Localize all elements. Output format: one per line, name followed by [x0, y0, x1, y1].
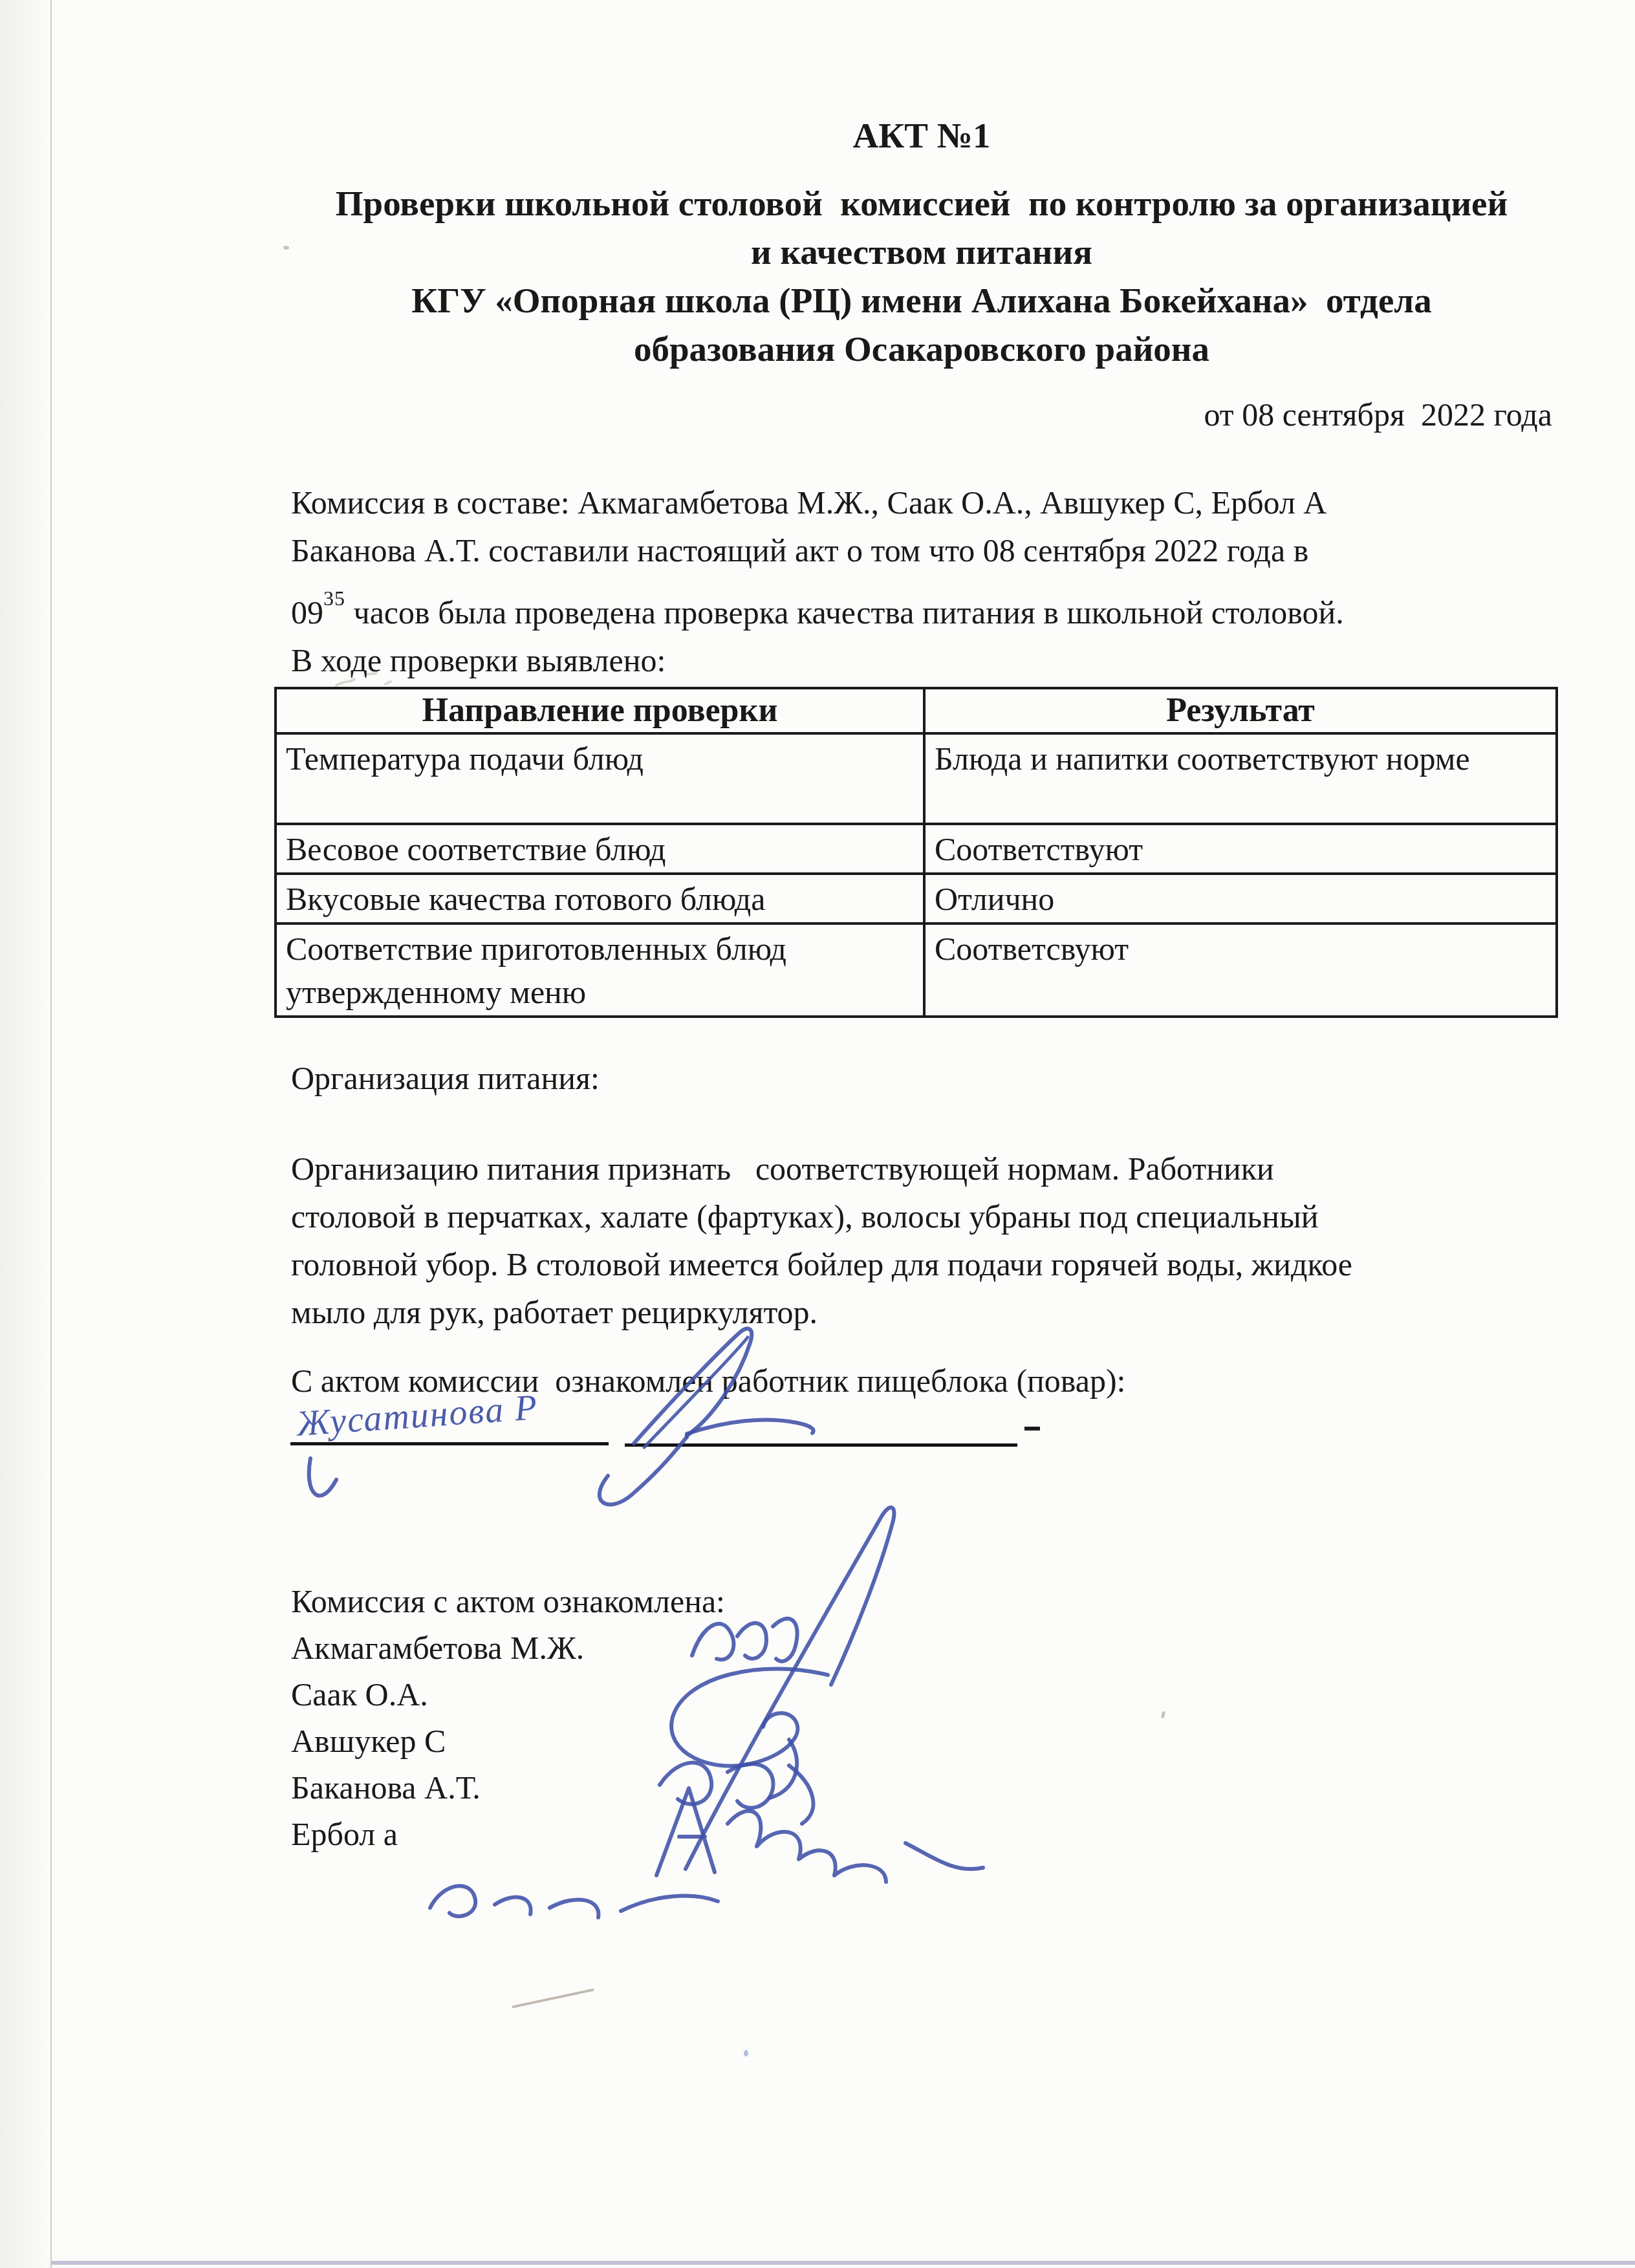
- scan-left-edge: [0, 0, 52, 2268]
- table-row: Вкусовые качества готового блюда Отлично: [276, 874, 1557, 923]
- org-line-2: столовой в перчатках, халате (фартуках),…: [291, 1193, 1352, 1240]
- org-line-1: Организацию питания признать соответству…: [291, 1145, 1352, 1193]
- inspection-table: Направление проверки Результат Температу…: [274, 687, 1558, 1018]
- cell-result: Соответствуют: [924, 824, 1557, 874]
- paper-speck: [1161, 1711, 1166, 1719]
- scan-bottom-edge: [52, 2261, 1635, 2265]
- paper-speck: [283, 246, 289, 250]
- cell-direction: Вкусовые качества готового блюда: [276, 874, 924, 923]
- ink-speck: [744, 2050, 748, 2057]
- title-line: и качеством питания: [291, 228, 1552, 276]
- time-hours: 09: [291, 594, 323, 631]
- intro-paragraph: Комиссия в составе: Акмагамбетова М.Ж., …: [291, 479, 1344, 684]
- inspection-table-container: Направление проверки Результат Температу…: [274, 687, 1558, 1018]
- table-row: Весовое соответствие блюд Соответствуют: [276, 824, 1557, 874]
- cell-result: Отлично: [924, 874, 1557, 923]
- intro-line-3-rest: часов была проведена проверка качества п…: [345, 594, 1344, 631]
- scanned-document-page: АКТ №1 Проверки школьной столовой комисс…: [0, 0, 1635, 2268]
- table-header-row: Направление проверки Результат: [276, 688, 1557, 733]
- pencil-mark: [512, 1989, 594, 2009]
- intro-line-3: 0935 часов была проведена проверка качес…: [291, 574, 1344, 636]
- document-title: АКТ №1 Проверки школьной столовой комисс…: [291, 111, 1552, 373]
- title-line: КГУ «Опорная школа (РЦ) имени Алихана Бо…: [291, 276, 1552, 325]
- intro-line-1: Комиссия в составе: Акмагамбетова М.Ж., …: [291, 479, 1344, 526]
- org-line-3: головной убор. В столовой имеется бойлер…: [291, 1240, 1352, 1288]
- cell-result: Соответсвуют: [924, 923, 1557, 1017]
- table-row: Температура подачи блюд Блюда и напитки …: [276, 733, 1557, 824]
- intro-line-2: Баканова А.Т. составили настоящий акт о …: [291, 526, 1344, 574]
- org-section-heading: Организация питания:: [291, 1059, 600, 1097]
- header-result: Результат: [924, 688, 1557, 733]
- intro-line-4: В ходе проверки выявлено:: [291, 636, 1344, 684]
- title-line-act-number: АКТ №1: [291, 111, 1552, 160]
- cell-direction: Соответствие приготовленных блюд утвержд…: [276, 923, 924, 1017]
- cell-result: Блюда и напитки соответствуют норме: [924, 733, 1557, 824]
- document-date: от 08 сентября 2022 года: [291, 396, 1552, 433]
- commission-signatures-scribbles: [375, 1462, 1119, 1953]
- time-minutes-superscript: 35: [323, 587, 345, 610]
- cell-direction: Температура подачи блюд: [276, 733, 924, 824]
- title-line: Проверки школьной столовой комиссией по …: [291, 179, 1552, 228]
- table-row: Соответствие приготовленных блюд утвержд…: [276, 923, 1557, 1017]
- title-line: образования Осакаровского района: [291, 325, 1552, 373]
- header-direction: Направление проверки: [276, 688, 924, 733]
- cell-direction: Весовое соответствие блюд: [276, 824, 924, 874]
